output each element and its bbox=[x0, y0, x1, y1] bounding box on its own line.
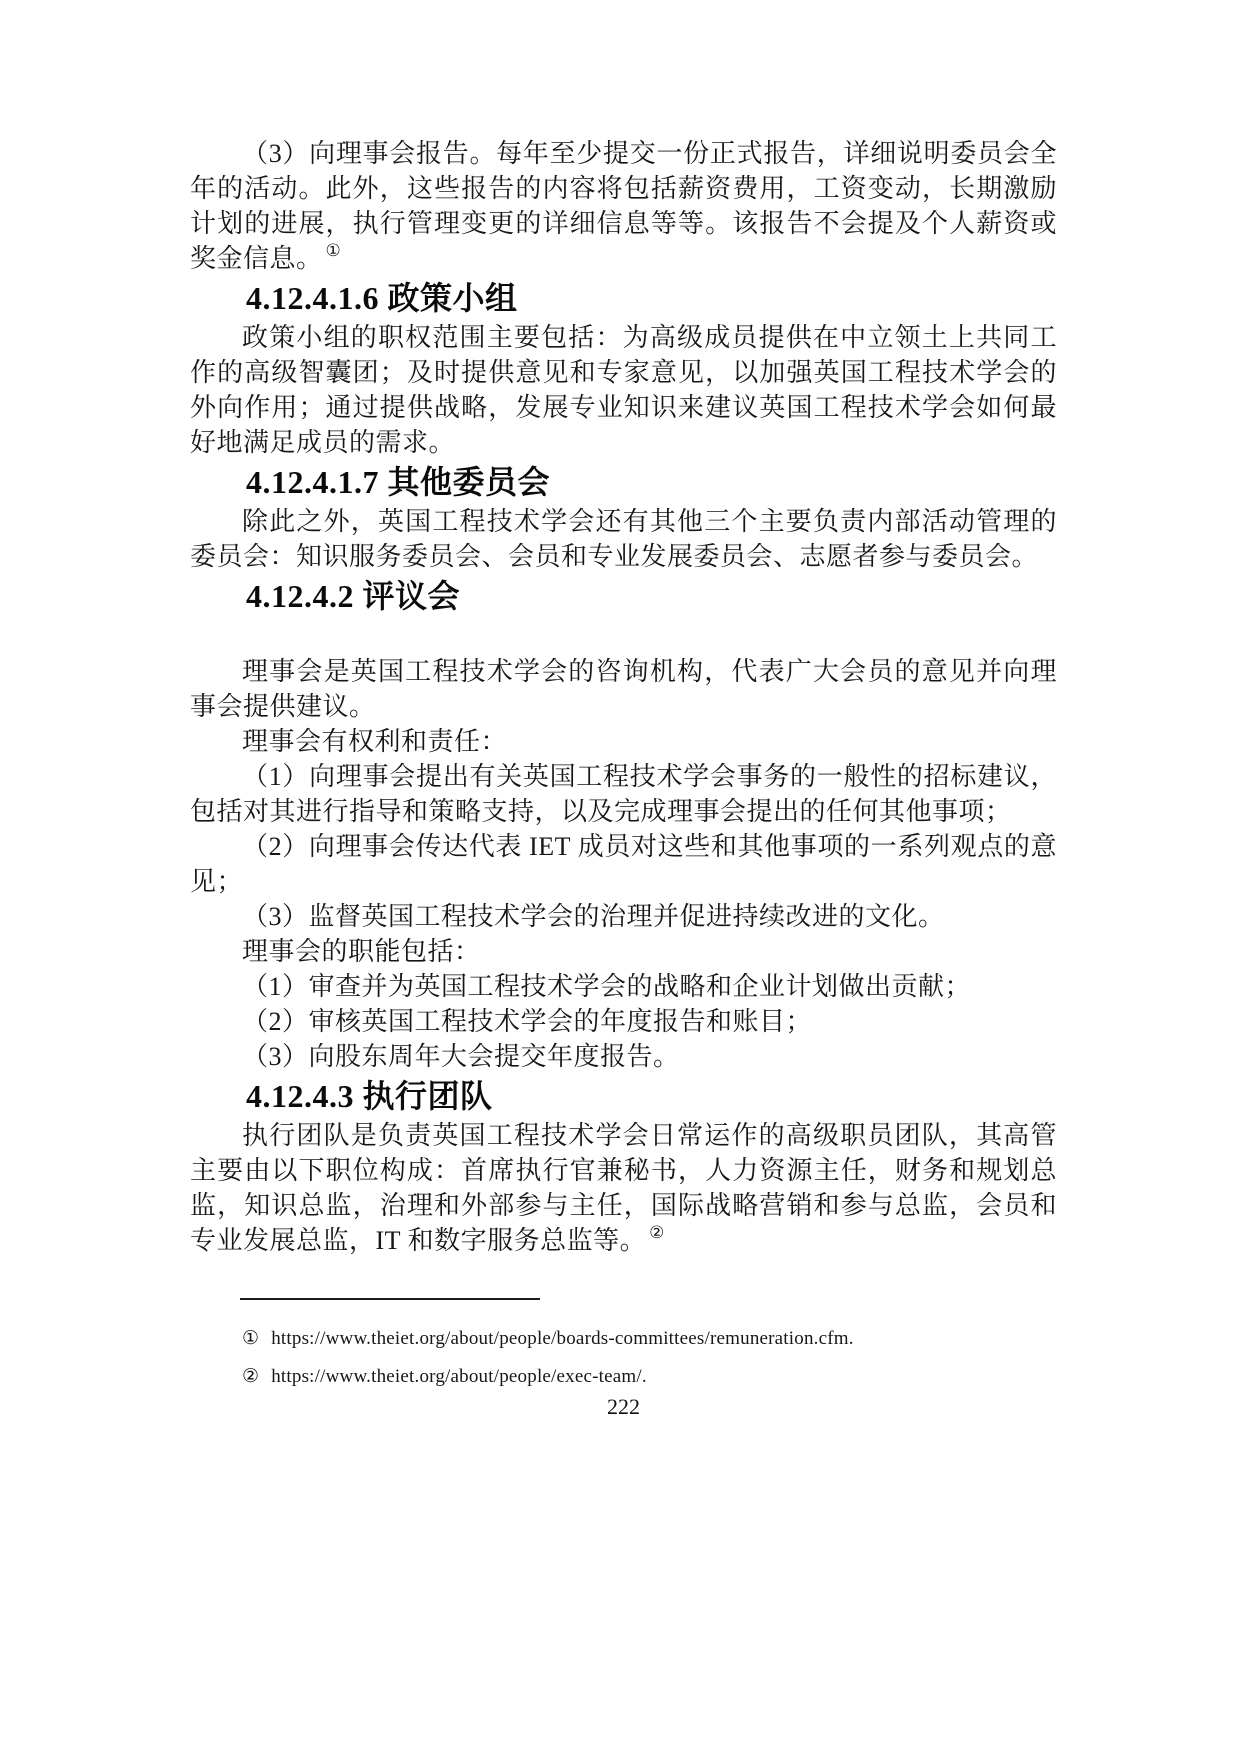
council-section: 理事会是英国工程技术学会的咨询机构，代表广大会员的意见并向理事会提供建议。 理事… bbox=[190, 654, 1057, 1074]
document-page: （3）向理事会报告。每年至少提交一份正式报告，详细说明委员会全年的活动。此外，这… bbox=[0, 0, 1240, 1753]
paragraph-exec-team: 执行团队是负责英国工程技术学会日常运作的高级职员团队，其高管主要由以下职位构成：… bbox=[190, 1118, 1057, 1258]
paragraph-text: 执行团队是负责英国工程技术学会日常运作的高级职员团队，其高管主要由以下职位构成：… bbox=[190, 1121, 1057, 1255]
footnote-1: ①https://www.theiet.org/about/people/boa… bbox=[190, 1320, 1057, 1358]
footnote-2: ②https://www.theiet.org/about/people/exe… bbox=[190, 1358, 1057, 1396]
paragraph-council-intro: 理事会是英国工程技术学会的咨询机构，代表广大会员的意见并向理事会提供建议。 bbox=[190, 654, 1057, 724]
list-item-function-2: （2）审核英国工程技术学会的年度报告和账目； bbox=[190, 1004, 1057, 1039]
list-item-right-3: （3）监督英国工程技术学会的治理并促进持续改进的文化。 bbox=[190, 899, 1057, 934]
paragraph-other-committees: 除此之外，英国工程技术学会还有其他三个主要负责内部活动管理的委员会：知识服务委员… bbox=[190, 504, 1057, 574]
footnote-ref-1: ① bbox=[326, 241, 341, 260]
footnote-divider bbox=[240, 1298, 540, 1300]
footnote-url-2: https://www.theiet.org/about/people/exec… bbox=[271, 1366, 647, 1387]
footnote-url-1: https://www.theiet.org/about/people/boar… bbox=[271, 1328, 853, 1349]
list-item-right-1: （1）向理事会提出有关英国工程技术学会事务的一般性的招标建议，包括对其进行指导和… bbox=[190, 759, 1057, 829]
paragraph-council-rights-lead: 理事会有权利和责任： bbox=[190, 724, 1057, 759]
paragraph-policy-panel: 政策小组的职权范围主要包括：为高级成员提供在中立领土上共同工作的高级智囊团；及时… bbox=[190, 320, 1057, 460]
heading-exec-team: 4.12.4.3 执行团队 bbox=[246, 1074, 1057, 1118]
heading-policy-panel: 4.12.4.1.6 政策小组 bbox=[246, 276, 1057, 320]
paragraph-council-functions-lead: 理事会的职能包括： bbox=[190, 934, 1057, 969]
footnote-marker-2: ② bbox=[242, 1358, 259, 1396]
list-item-right-2: （2）向理事会传达代表 IET 成员对这些和其他事项的一系列观点的意见； bbox=[190, 829, 1057, 899]
page-number: 222 bbox=[190, 1392, 1057, 1422]
list-item-function-1: （1）审查并为英国工程技术学会的战略和企业计划做出贡献； bbox=[190, 969, 1057, 1004]
footnotes: ①https://www.theiet.org/about/people/boa… bbox=[190, 1320, 1057, 1396]
paragraph-report-to-board: （3）向理事会报告。每年至少提交一份正式报告，详细说明委员会全年的活动。此外，这… bbox=[190, 136, 1057, 276]
footnote-marker-1: ① bbox=[242, 1320, 259, 1358]
heading-other-committees: 4.12.4.1.7 其他委员会 bbox=[246, 460, 1057, 504]
heading-council: 4.12.4.2 评议会 bbox=[246, 574, 1057, 618]
list-item-function-3: （3）向股东周年大会提交年度报告。 bbox=[190, 1039, 1057, 1074]
footnote-ref-2: ② bbox=[649, 1223, 664, 1242]
paragraph-text: （3）向理事会报告。每年至少提交一份正式报告，详细说明委员会全年的活动。此外，这… bbox=[190, 139, 1057, 273]
